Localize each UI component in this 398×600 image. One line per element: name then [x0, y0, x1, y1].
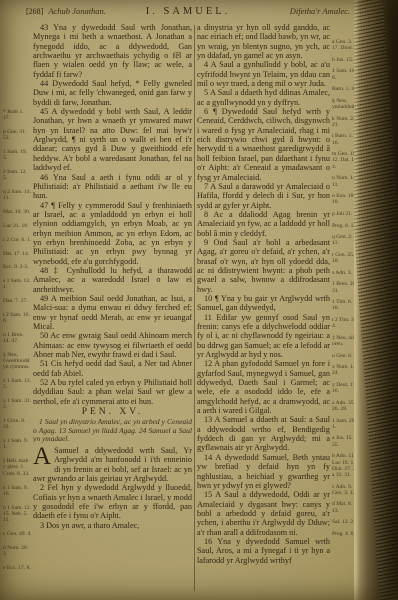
- verse-paragraph: 7 A Saul a darawodd yr Amaleciaid o Hafi…: [197, 182, 330, 210]
- verse-paragraph: 43 Yna y dywedodd Saul wrth Jonathan, My…: [33, 23, 192, 79]
- margin-note: Dat. 17. 14.: [3, 251, 32, 257]
- verse-paragraph: 16 Yna y dywedodd Samuel wrth Saul, Aros…: [197, 537, 330, 565]
- verse-paragraph: 12 A phan gyfododd Samuel yn fore i gyfa…: [197, 359, 330, 415]
- margin-note: * Ruth 1. 17.: [3, 109, 32, 121]
- verse-paragraph: 1 Saul yn dinystrio Amalec, ac yn arbed …: [33, 418, 192, 444]
- verse-paragraph: 9 Ond Saul a'r bobl a arbedasant Agag, a…: [197, 238, 330, 294]
- right-text-column: a dinystria yr hyn oll sydd ganddo, ac n…: [197, 23, 330, 597]
- verse-paragraph: 46 Yna Saul a aeth i fynu oddi ar ol y P…: [33, 173, 192, 201]
- verse-paragraph: 48 ‡ Cynhullodd lu hefyd, a tharawodd Am…: [33, 266, 192, 294]
- verse-paragraph: 2 Fel hyn y dywedodd Arglwydd y lluoedd,…: [33, 483, 192, 520]
- verse-paragraph: 50 Ac enw gwraig Saul oedd Ahinoam merch…: [33, 331, 192, 359]
- margin-note: e Ecc. 17. 8.: [3, 565, 32, 571]
- header-left: [268] Achub Jonathan.: [26, 6, 146, 16]
- book-title: I. SAMUEL.: [146, 6, 231, 17]
- margin-note: || Heb. mab y glew. 1 Cron. 8. 33.: [3, 458, 32, 477]
- margin-note: y 1 Sam. 31. 2.: [3, 398, 32, 410]
- verse-paragraph: 47 ¶ Felly y cymmerodd Saul y frenhiniae…: [33, 201, 192, 266]
- verse-paragraph: 8 Ac a ddaliodd Agag brenin yr Amaleciai…: [197, 210, 330, 238]
- verse-paragraph: 11 Edifar yw gennyf osod Saul yn frenin:…: [197, 313, 330, 360]
- verse-paragraph: 14 A dywedodd Samuel, Beth yntau yw bref…: [197, 453, 330, 490]
- verse-paragraph: 49 A meibion Saul oedd Jonathan, ac Isui…: [33, 294, 192, 331]
- verse-paragraph: a dinystria yr hyn oll sydd ganddo, ac n…: [197, 23, 330, 60]
- left-margin-notes: * Ruth 1. 17.p Gen. 31. 53.1 Sam. 19. 5.…: [0, 23, 33, 597]
- margin-note: x 1 Sam. 13. 5.: [3, 378, 32, 390]
- margin-note: z 1 Sam. 9. 1.: [3, 438, 32, 450]
- verse-paragraph: 51 Cis hefyd oedd dad Saul, a Ner tad Ab…: [33, 359, 192, 378]
- margin-note: Dan. 7. 27.: [3, 298, 32, 304]
- margin-note: Luc 21. 18.: [3, 223, 32, 229]
- margin-note: u 1 Bren. 14. 47.: [3, 332, 32, 344]
- verse-paragraph: 45 A dywedodd y bobl wrth Saul, A leddir…: [33, 107, 192, 172]
- margin-note: p Gen. 31. 53.: [3, 129, 32, 141]
- margin-note: s 1 Sam. 13. 1.: [3, 278, 32, 290]
- running-title-left: Achub Jonathan.: [48, 6, 106, 16]
- scanned-bible-page: [268] Achub Jonathan. I. SAMUEL. Difetha…: [0, 0, 398, 600]
- verse-paragraph: 10 ¶ Yna y bu gair yr Arglwydd wrth Samu…: [197, 294, 330, 313]
- running-title-right: Difetha'r Amalec.: [230, 6, 350, 16]
- verse-paragraph: 52 A bu ryfel caled yn erbyn y Philistia…: [33, 378, 192, 406]
- margin-note: 2 Sam. 12. 5.: [3, 169, 32, 181]
- margin-note: b 1 Sam. 12. 15. Neh. 5. 11.: [3, 505, 32, 524]
- margin-note: d Num. 28. 3.: [3, 545, 32, 557]
- text-block: * Ruth 1. 17.p Gen. 31. 53.1 Sam. 19. 5.…: [0, 23, 398, 597]
- left-text-column: 43 Yna y dywedodd Saul wrth Jonathan, My…: [33, 23, 192, 597]
- margin-note: c Gen. 49. 4.: [3, 531, 32, 537]
- verse-paragraph: 13 A Samuel a ddaeth at Saul: a Saul a d…: [197, 415, 330, 452]
- verse-paragraph: 3 Dos yn awr, a tharo Amalec,: [33, 521, 192, 530]
- margin-note: ‡ Neu, Gweithiodd yn rymmus.: [3, 352, 32, 371]
- verse-paragraph: 15 A Saul a ddywedodd, Oddi ar yr Amalec…: [197, 490, 330, 537]
- verse-paragraph: 44 Dywedodd Saul hefyd, * Felly gwneled …: [33, 79, 192, 107]
- verse-paragraph: 4 A Saul a gynhullodd y bobl, ac a'u cyf…: [197, 60, 330, 88]
- verse-paragraph: PEN. XV.: [33, 408, 192, 417]
- margin-note: q 2 Sam. 14. 11.: [3, 189, 32, 201]
- margin-note: r 2 Cor. 6. 1.: [3, 237, 32, 243]
- margin-note: 1 Cron. 8. 33.: [3, 418, 32, 430]
- verse-paragraph: A Samuel a ddywedodd wrth Saul, Yr Arglw…: [33, 446, 192, 483]
- margin-note: t 2 Sam. 10. 6.: [3, 312, 32, 324]
- margin-note: 1 Sam. 19. 5.: [3, 149, 32, 161]
- margin-note: Mat. 10. 30.: [3, 209, 32, 215]
- column-divider-rule: [194, 25, 195, 591]
- book-gutter-facing-page-edge: [354, 0, 398, 600]
- margin-note: a 1 Sam. 9. 16.: [3, 485, 32, 497]
- page-header: [268] Achub Jonathan. I. SAMUEL. Difetha…: [26, 6, 350, 17]
- verse-paragraph: 5 A Saul a ddaeth hyd ddinas Amalec, ac …: [197, 88, 330, 107]
- margin-note: Ecc. 9. 2-3.: [3, 264, 32, 270]
- page-number: [268]: [26, 7, 43, 16]
- verse-paragraph: 6 ¶ Dywedodd Saul hefyd wrth y Ceneaid, …: [197, 107, 330, 182]
